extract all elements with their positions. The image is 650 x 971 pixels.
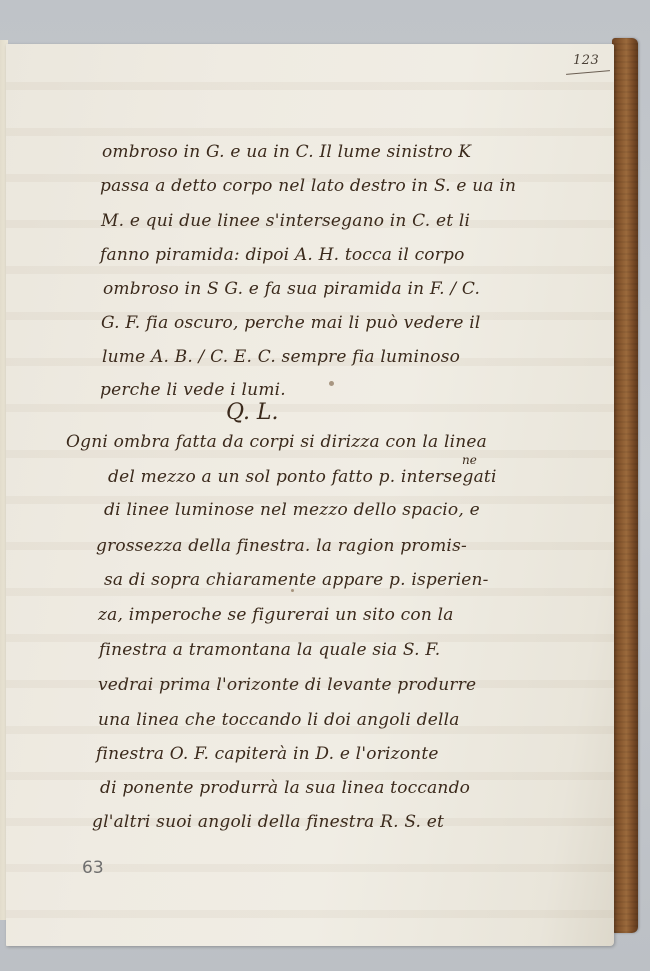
- section-heading: Q. L.: [226, 400, 279, 425]
- text-line: di ponente produrrà la sua linea toccand…: [100, 778, 470, 798]
- text-line: za, imperoche se figurerai un sito con l…: [98, 605, 454, 625]
- text-line: finestra O. F. capiterà in D. e l'orizon…: [96, 744, 439, 764]
- manuscript-text: ombroso in G. e ua in C. Il lume sinistr…: [0, 0, 650, 971]
- text-line: finestra a tramontana la quale sia S. F.: [99, 640, 440, 660]
- text-line: del mezzo a un sol ponto fatto p. inters…: [108, 467, 497, 487]
- text-line: G. F. fia oscuro, perche mai li può vede…: [101, 313, 481, 333]
- text-line: ombroso in G. e ua in C. Il lume sinistr…: [102, 142, 471, 162]
- ink-stain: [329, 381, 334, 386]
- text-line: gl'altri suoi angoli della finestra R. S…: [92, 812, 444, 832]
- text-line: sa di sopra chiaramente appare p. isperi…: [104, 570, 489, 590]
- ink-stain: [291, 589, 294, 592]
- text-line: fanno piramida: dipoi A. H. tocca il cor…: [100, 245, 465, 265]
- text-line: una linea che toccando li doi angoli del…: [98, 710, 460, 730]
- text-line: M. e qui due linee s'intersegano in C. e…: [101, 211, 470, 231]
- pencil-page-number: 63: [82, 858, 104, 878]
- interlinear-superscript: ne: [462, 453, 477, 467]
- text-line: vedrai prima l'orizonte di levante produ…: [98, 675, 476, 695]
- text-line: passa a detto corpo nel lato destro in S…: [100, 176, 516, 196]
- text-line: grossezza della finestra. la ragion prom…: [96, 536, 467, 556]
- text-line: ombroso in S G. e fa sua piramida in F. …: [103, 279, 480, 299]
- text-line: lume A. B. / C. E. C. sempre fia luminos…: [102, 347, 460, 367]
- text-line: di linee luminose nel mezzo dello spacio…: [104, 500, 480, 520]
- text-line: perche li vede i lumi.: [100, 380, 286, 400]
- text-line: Ogni ombra fatta da corpi si dirizza con…: [66, 432, 487, 452]
